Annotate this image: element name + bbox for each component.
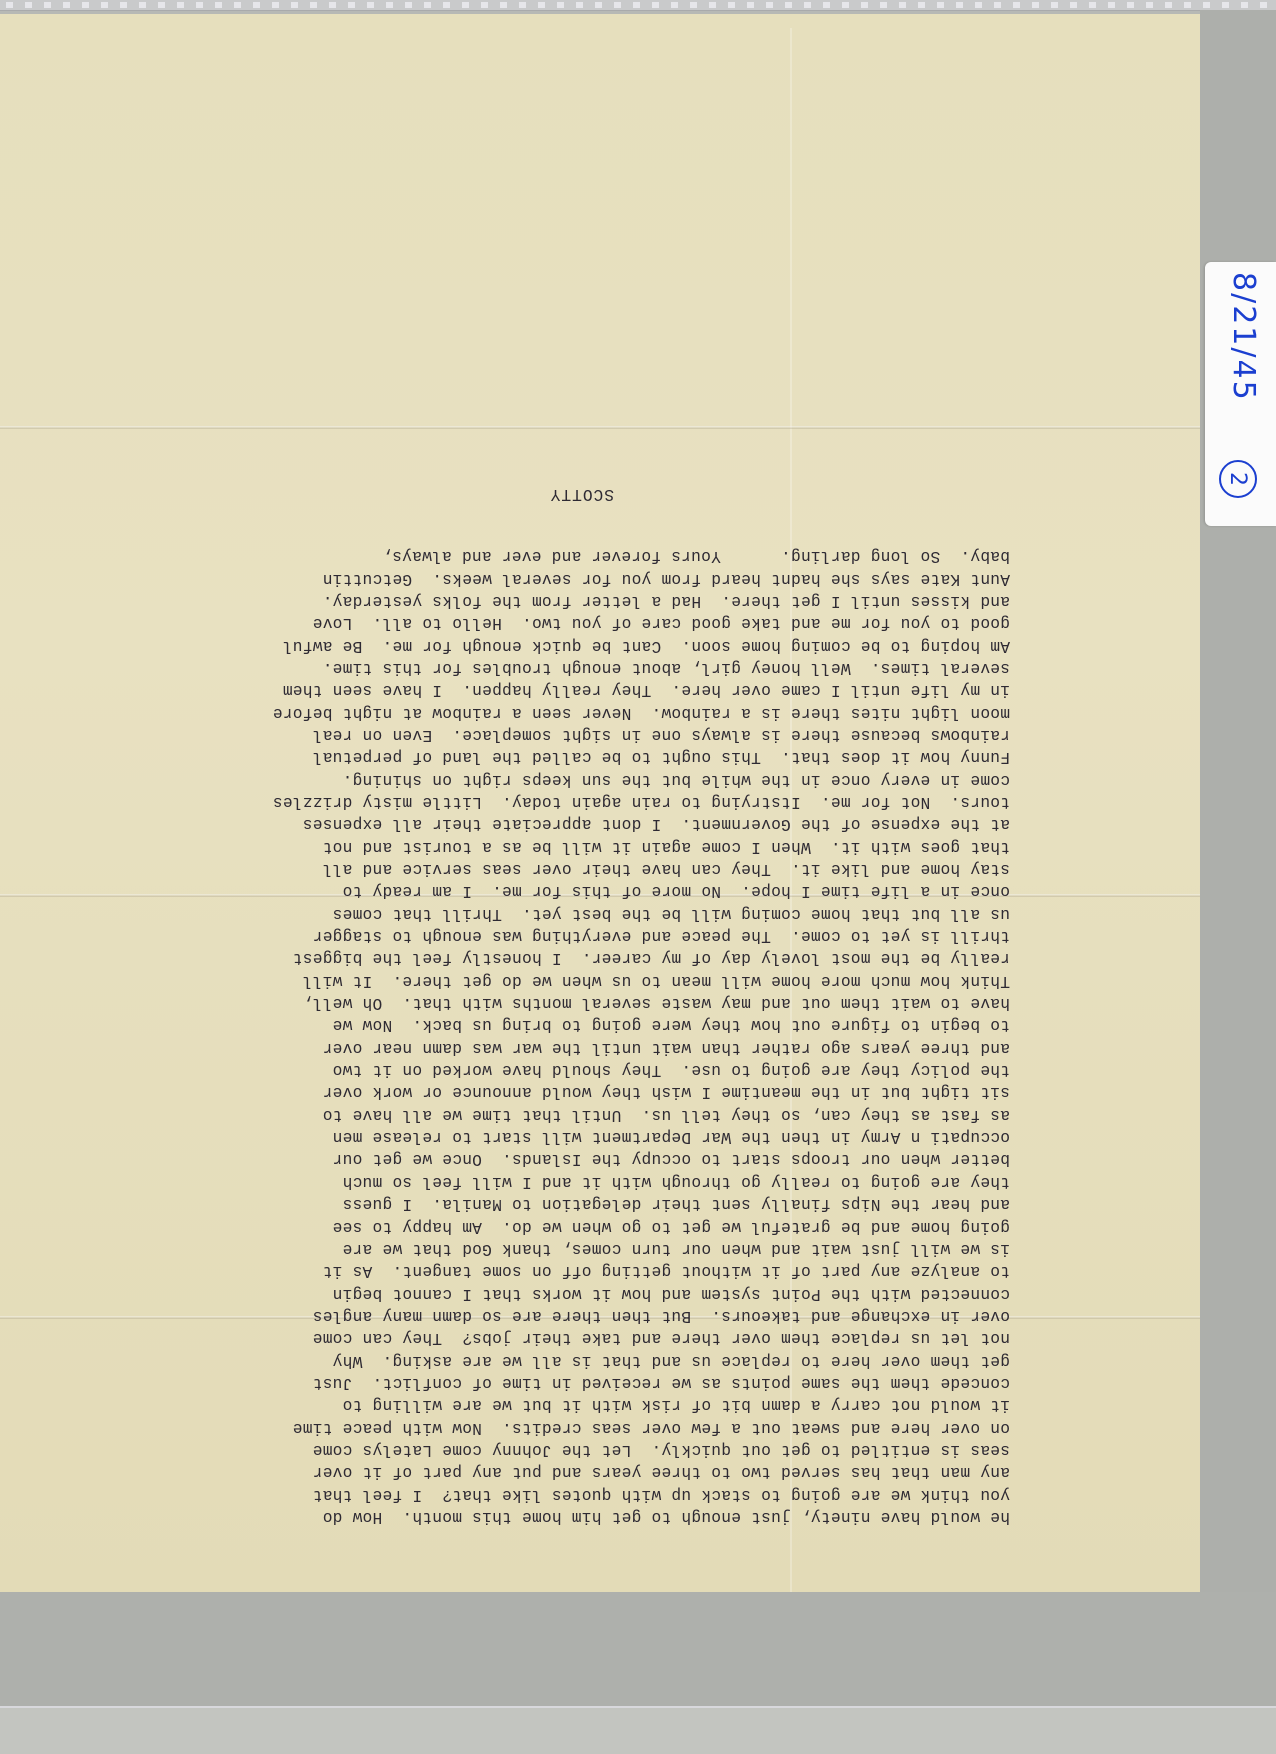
letter-line: you think we are going to stack up with … — [148, 1483, 1010, 1505]
circled-page-number: 2 — [1219, 460, 1257, 498]
letter-line: several times. Well honey girl, about en… — [148, 657, 1010, 679]
letter-closing: baby. So long darling.Yours forever and … — [148, 545, 1010, 567]
letter-body: he would have ninety, just enough to get… — [148, 378, 1010, 1528]
letter-line: Think how much more home will mean to us… — [148, 969, 1010, 991]
letter-line: tours. Not for me. Itstrying to rain aga… — [148, 791, 1010, 813]
letter-line: come in every once in the while but the … — [148, 768, 1010, 790]
letter-line: sit tight but in the meantime I wish the… — [148, 1081, 1010, 1103]
letter-line: better when our troops start to occupy t… — [148, 1148, 1010, 1170]
letter-line: once in a life time I hope. No more of t… — [148, 880, 1010, 902]
date-label-sticker: 8/21/45 2 — [1205, 262, 1276, 526]
letter-line: seas is entitled to get out quickly. Let… — [148, 1439, 1010, 1461]
letter-line: going home and be grateful we get to go … — [148, 1215, 1010, 1237]
letter-line: have to wait them out and may waste seve… — [148, 992, 1010, 1014]
letter-line: in my life until I came over here. They … — [148, 679, 1010, 701]
letter-line: over in exchange and takeours. But then … — [148, 1305, 1010, 1327]
letter-line: on over here and sweat out a few over se… — [148, 1416, 1010, 1438]
letter-line: the policy they are going to use. They s… — [148, 1059, 1010, 1081]
letter-line: moon light nites there is a rainbow. Nev… — [148, 701, 1010, 723]
letter-line: and three years ago rather than wait unt… — [148, 1036, 1010, 1058]
letter-line: that goes with it. When I come again it … — [148, 835, 1010, 857]
letter-line: he would have ninety, just enough to get… — [148, 1506, 1010, 1528]
letter-line: Aunt Kate says she hadnt heard from you … — [148, 567, 1010, 589]
closing-salutation: Yours forever and ever and always, — [382, 545, 721, 567]
letter-line: concede them the same points as we recei… — [148, 1372, 1010, 1394]
sleeve-perforations — [0, 2, 1276, 8]
letter-line: and kisses until I get there. Had a lett… — [148, 590, 1010, 612]
letter-line: get them over here to replace us and tha… — [148, 1349, 1010, 1371]
letter-line: Am hoping to be coming home soon. Cant b… — [148, 634, 1010, 656]
letter-line: as fast as they can, so they tell us. Un… — [148, 1103, 1010, 1125]
letter-line: to analyze any part of it without gettin… — [148, 1260, 1010, 1282]
letter-line: rainbows because there is always one in … — [148, 724, 1010, 746]
sleeve-top-edge — [0, 0, 1276, 11]
scanner-background — [0, 1592, 1276, 1706]
letter-line: any man that has served two to three yea… — [148, 1461, 1010, 1483]
letter-line: us all but that home coming will be the … — [148, 902, 1010, 924]
letter-line: Funny how it does that. This ought to be… — [148, 746, 1010, 768]
letter-line: good to you for me and take good care of… — [148, 612, 1010, 634]
letter-line: thrill is yet to come. The peace and eve… — [148, 925, 1010, 947]
closing-farewell: baby. So long darling. — [781, 547, 1010, 565]
letter-line: stay home and like it. They can have the… — [148, 858, 1010, 880]
scanner-background-bottom — [0, 1708, 1276, 1754]
letter-line: occupati n Army in then the War Departme… — [148, 1126, 1010, 1148]
handwritten-date: 8/21/45 — [1221, 272, 1261, 422]
letter-line: connected with the Point system and how … — [148, 1282, 1010, 1304]
letter-line: really be the most lovely day of my care… — [148, 947, 1010, 969]
signature: SCOTTY — [148, 483, 1010, 505]
letter-line: not let us replace them over there and t… — [148, 1327, 1010, 1349]
letter-line: to begin to figure out how they were goi… — [148, 1014, 1010, 1036]
letter-line: they are going to really go through with… — [148, 1171, 1010, 1193]
letter-line: it would not carry a damn bit of risk wi… — [148, 1394, 1010, 1416]
letter-line: and hear the Nips finally sent their del… — [148, 1193, 1010, 1215]
background-right-margin — [1200, 10, 1276, 1592]
letter-line: is we will just wait and when our turn c… — [148, 1238, 1010, 1260]
letter-line: at the expense of the Government. I dont… — [148, 813, 1010, 835]
